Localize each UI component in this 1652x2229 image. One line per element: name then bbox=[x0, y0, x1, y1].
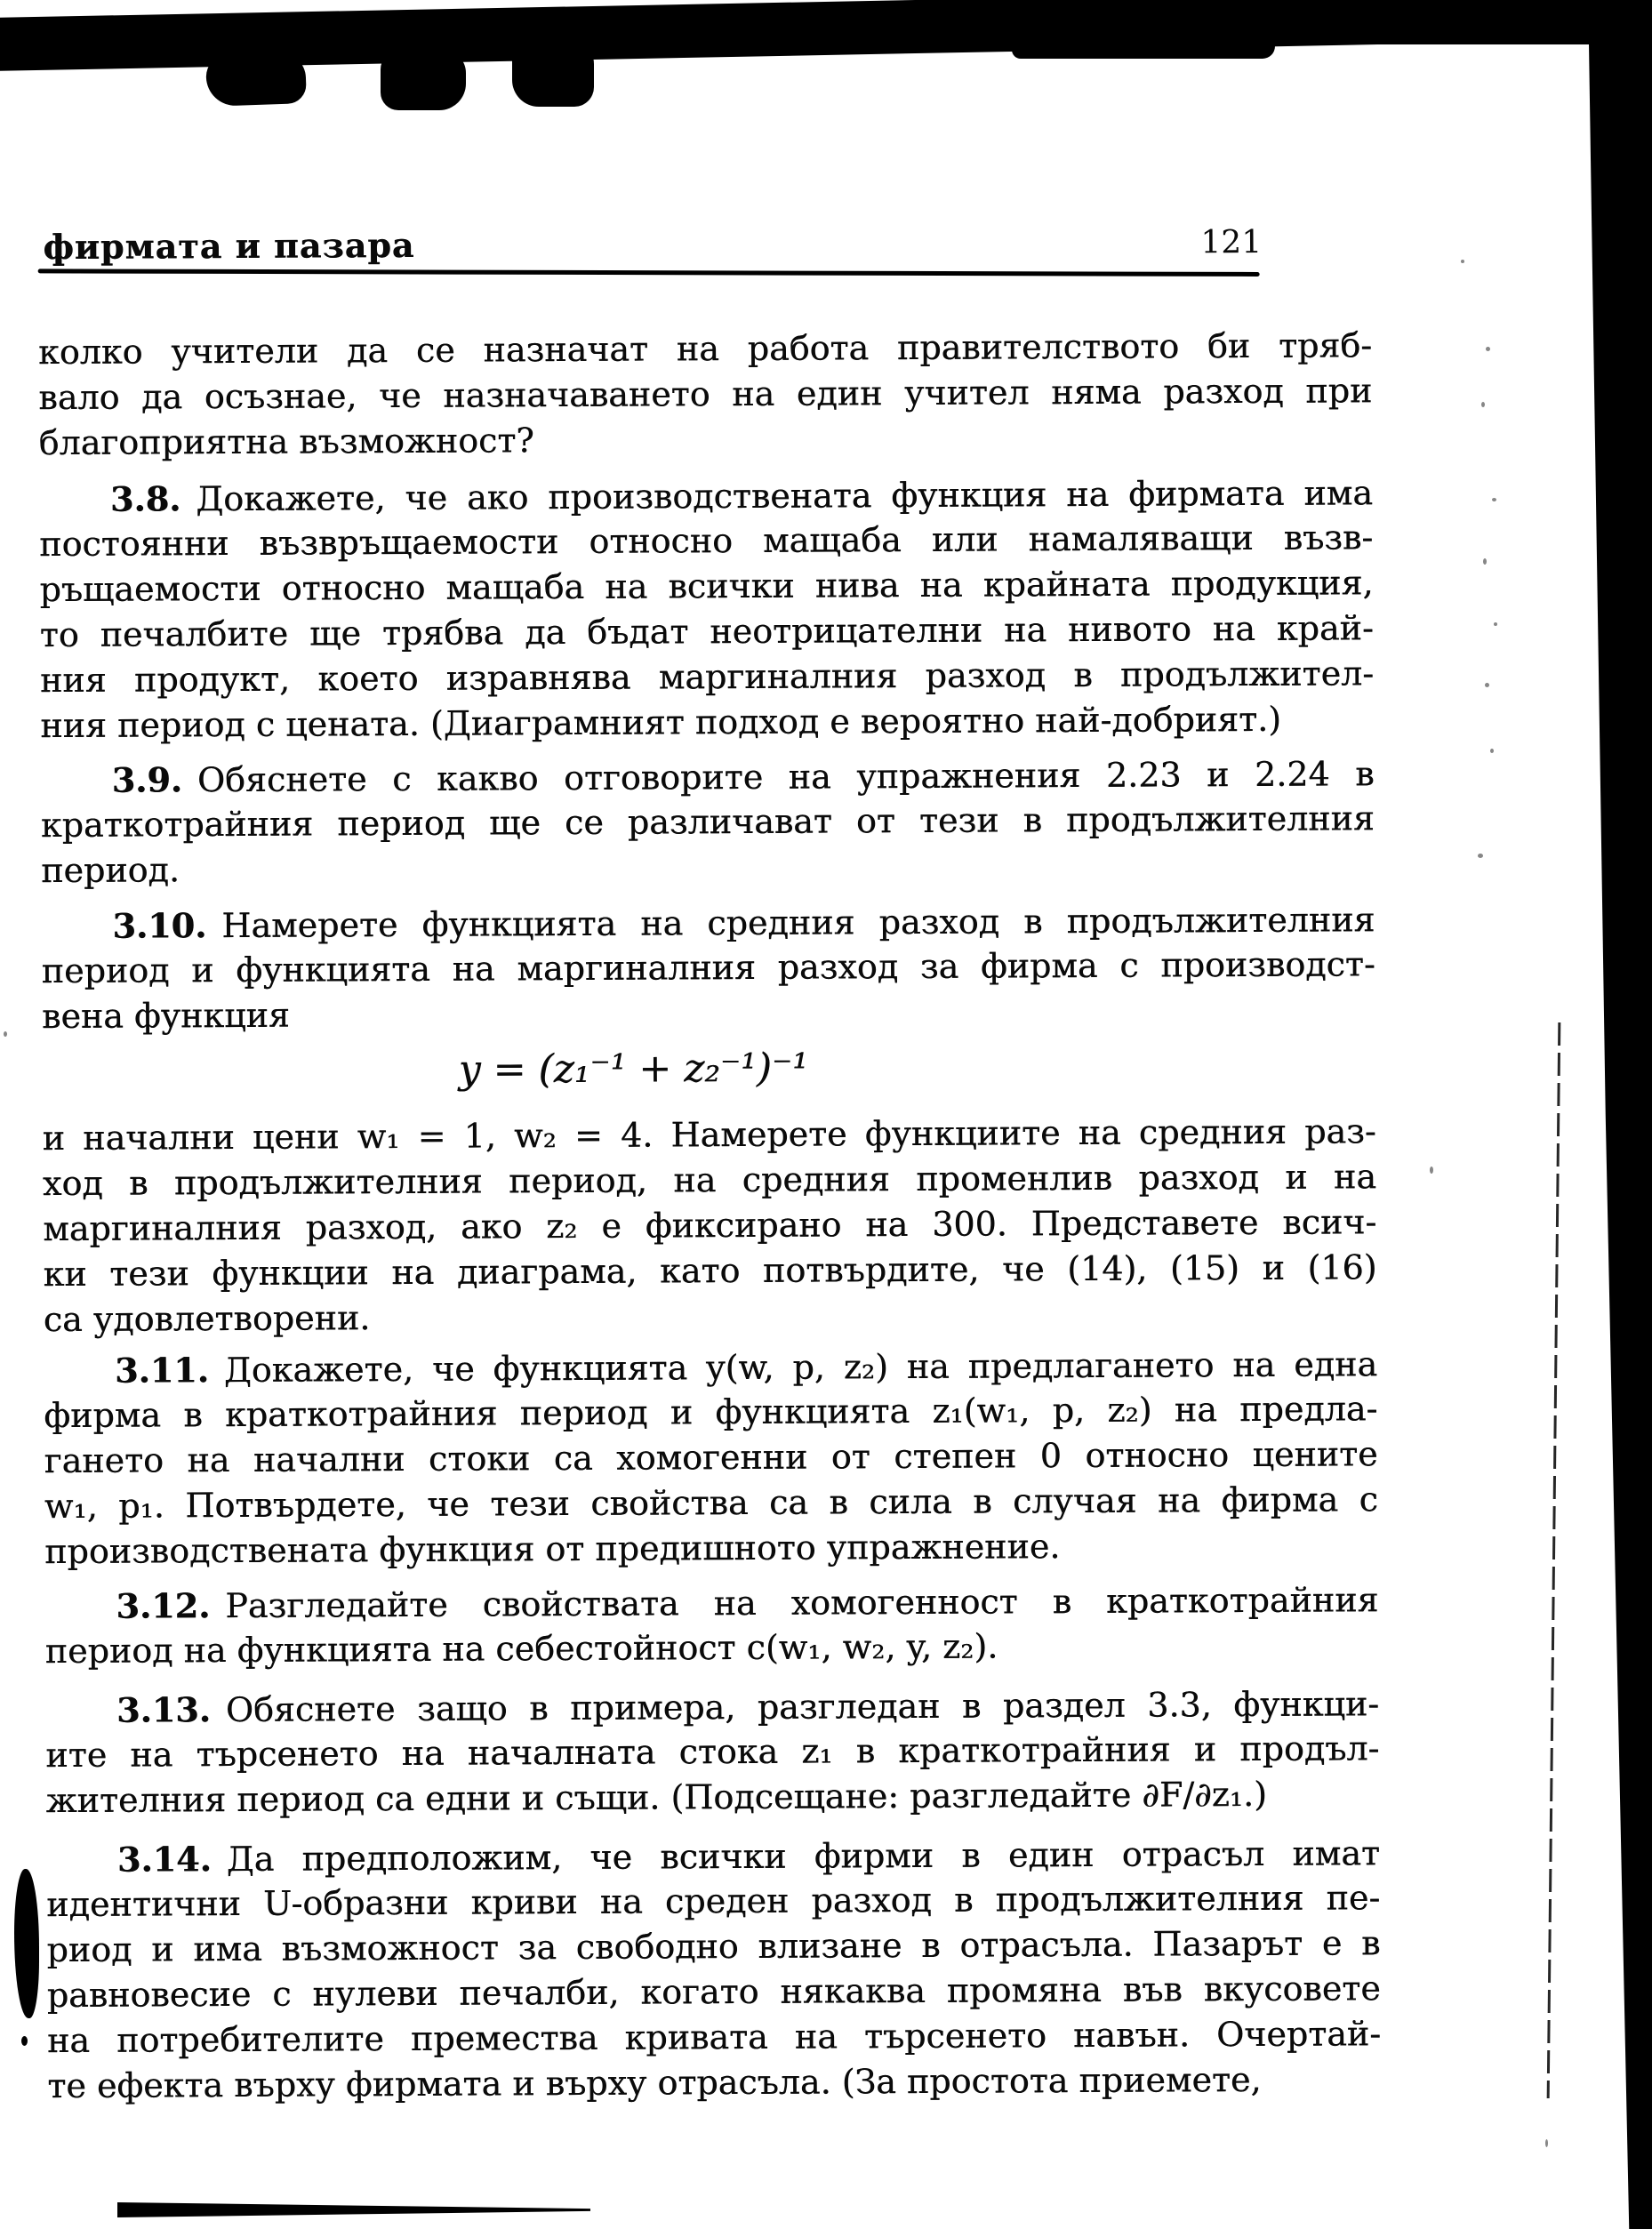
text-line: то печалбите ще трябва да бъдат неотрица… bbox=[40, 605, 1374, 658]
scan-speck bbox=[1483, 558, 1487, 565]
text-line: гането на начални стоки са хомогенни от … bbox=[44, 1431, 1377, 1484]
header-rule bbox=[38, 269, 1260, 277]
display-formula: y = (z₁⁻¹ + z₂⁻¹)⁻¹ bbox=[0, 1035, 1301, 1104]
scan-speck bbox=[1461, 260, 1464, 263]
text-line: са удовлетворени. bbox=[44, 1290, 1377, 1343]
text-line: и начални цени w₁ = 1, w₂ = 4. Намерете … bbox=[43, 1109, 1376, 1161]
text-line: ход в продължителния период, на средния … bbox=[43, 1154, 1376, 1207]
text-line: ния период с цената. (Диаграмният подход… bbox=[40, 696, 1374, 749]
text-line: жителния период са едни и същи. (Подсеща… bbox=[45, 1771, 1379, 1824]
page-content: фирмата и пазара 121 колко учители да се… bbox=[37, 220, 1383, 2201]
exercise-number: 3.11. bbox=[115, 1350, 209, 1391]
text-line: ки тези функции на диаграма, като потвър… bbox=[43, 1245, 1376, 1297]
exercise-number: 3.12. bbox=[116, 1585, 210, 1626]
scan-artifact-bottom-line bbox=[117, 2202, 590, 2217]
text-line: равновесие с нулеви печалби, когато няка… bbox=[47, 1966, 1381, 2018]
page-number: 121 bbox=[1200, 224, 1262, 261]
scan-speck bbox=[1490, 749, 1494, 753]
exercise-number: 3.14. bbox=[117, 1839, 212, 1880]
scanned-book-page: фирмата и пазара 121 колко учители да се… bbox=[0, 0, 1652, 2229]
exercise-number: 3.10. bbox=[112, 905, 206, 946]
exercise-3-10-continued: и начални цени w₁ = 1, w₂ = 4. Намерете … bbox=[43, 1109, 1377, 1343]
text-line: те ефекта върху фирмата и върху отрасъла… bbox=[47, 2057, 1381, 2109]
scan-speck bbox=[1430, 1167, 1433, 1174]
exercise-3-10: 3.10.Намерете функцията на средния разхо… bbox=[41, 896, 1375, 1039]
text-line: 3.8.Докажете, че ако производствената фу… bbox=[39, 469, 1373, 522]
text-line: на потребителите премества кривата на тъ… bbox=[47, 2011, 1381, 2064]
exercise-3-9: 3.9.Обяснете с какво отговорите на упраж… bbox=[40, 750, 1375, 894]
exercise-3-13: 3.13.Обяснете защо в примера, разгледан … bbox=[45, 1680, 1380, 1824]
text-line: ите на търсенето на началната стока z₁ в… bbox=[45, 1726, 1379, 1778]
text-line-rest: Разгледайте свойствата на хомогенност в … bbox=[225, 1580, 1378, 1625]
text-line: риод и има възможност за свободно влизан… bbox=[46, 1920, 1380, 1973]
text-line: 3.12.Разгледайте свойствата на хомогенно… bbox=[44, 1576, 1378, 1629]
text-line: ръщаемости относно мащаба на всички нива… bbox=[39, 560, 1373, 613]
text-line: фирма в краткотрайния период и функцията… bbox=[44, 1386, 1377, 1439]
text-line: производствената функция от предишното у… bbox=[44, 1522, 1378, 1575]
scan-speck bbox=[1485, 683, 1489, 687]
text-line-rest: Намерете функцията на средния разход в п… bbox=[221, 900, 1375, 945]
text-line: благоприятна възможност? bbox=[39, 413, 1373, 466]
text-line: постоянни възвръщаемости относно мащаба … bbox=[39, 515, 1373, 567]
running-header-title: фирмата и пазара bbox=[43, 225, 414, 267]
scan-artifact-crease-line bbox=[1547, 1022, 1561, 2098]
exercise-number: 3.8. bbox=[110, 478, 181, 518]
text-line: идентични U-образни криви на среден разх… bbox=[46, 1875, 1380, 1928]
text-line: краткотрайния период ще се различават от… bbox=[41, 796, 1375, 848]
scan-artifact-right-edge-bar bbox=[1583, 0, 1652, 2229]
scan-artifact-block bbox=[1012, 0, 1275, 59]
text-line: колко учители да се назначат на работа п… bbox=[38, 323, 1372, 375]
text-line-rest: Докажете, че ако производствената функци… bbox=[196, 473, 1373, 518]
text-line: 3.11.Докажете, че функцията y(w, p, z₂) … bbox=[44, 1341, 1377, 1393]
text-line: 3.13.Обяснете защо в примера, разгледан … bbox=[45, 1680, 1379, 1733]
text-line: 3.9.Обяснете с какво отговорите на упраж… bbox=[40, 750, 1374, 803]
text-column: колко учители да се назначат на работа п… bbox=[38, 323, 1381, 2109]
scan-speck bbox=[1545, 2139, 1548, 2147]
text-line: 3.10.Намерете функцията на средния разхо… bbox=[41, 896, 1375, 949]
exercise-3-12: 3.12.Разгледайте свойствата на хомогенно… bbox=[44, 1576, 1379, 1674]
text-line: маргиналния разход, ако z₂ е фиксирано н… bbox=[43, 1199, 1376, 1252]
text-line-rest: Обяснете с какво отговорите на упражнени… bbox=[197, 754, 1375, 799]
text-line-rest: Да предположим, че всички фирми в един о… bbox=[227, 1833, 1380, 1879]
text-line-rest: Обяснете защо в примера, разгледан в раз… bbox=[226, 1684, 1379, 1729]
scan-speck bbox=[1492, 498, 1496, 501]
scan-artifact-left-margin-blob bbox=[14, 1869, 39, 2018]
text-line: вало да осъзнае, че назначаването на еди… bbox=[38, 368, 1372, 421]
text-line: период на функцията на себестойност c(w₁… bbox=[45, 1622, 1379, 1674]
scan-speck bbox=[1494, 622, 1497, 626]
scan-speck bbox=[1481, 402, 1485, 407]
text-line: период. bbox=[41, 841, 1375, 894]
scan-speck bbox=[4, 1031, 7, 1037]
scan-artifact-left-margin-dot bbox=[21, 2036, 28, 2046]
scan-speck bbox=[1478, 854, 1483, 858]
exercise-number: 3.13. bbox=[116, 1689, 211, 1730]
text-line: ния продукт, което изравнява маргиналния… bbox=[40, 651, 1374, 703]
paragraph-continuation: колко учители да се назначат на работа п… bbox=[38, 323, 1373, 466]
text-line-rest: Докажете, че функцията y(w, p, z₂) на пр… bbox=[224, 1344, 1377, 1390]
exercise-3-8: 3.8.Докажете, че ако производствената фу… bbox=[39, 469, 1375, 749]
scan-artifact-blob bbox=[205, 52, 307, 107]
text-line: вена функция bbox=[42, 987, 1375, 1039]
exercise-3-11: 3.11.Докажете, че функцията y(w, p, z₂) … bbox=[44, 1341, 1378, 1575]
scan-artifact-blob bbox=[512, 39, 594, 107]
text-line: период и функцията на маргиналния разход… bbox=[42, 942, 1375, 994]
exercise-3-14: 3.14.Да предположим, че всички фирми в е… bbox=[46, 1830, 1382, 2109]
text-line: 3.14.Да предположим, че всички фирми в е… bbox=[46, 1830, 1380, 1882]
scan-speck bbox=[1486, 347, 1490, 351]
exercise-number: 3.9. bbox=[111, 759, 182, 799]
scan-artifact-blob bbox=[381, 50, 466, 110]
text-line: w₁, p₁. Потвърдете, че тези свойства са … bbox=[44, 1477, 1378, 1529]
